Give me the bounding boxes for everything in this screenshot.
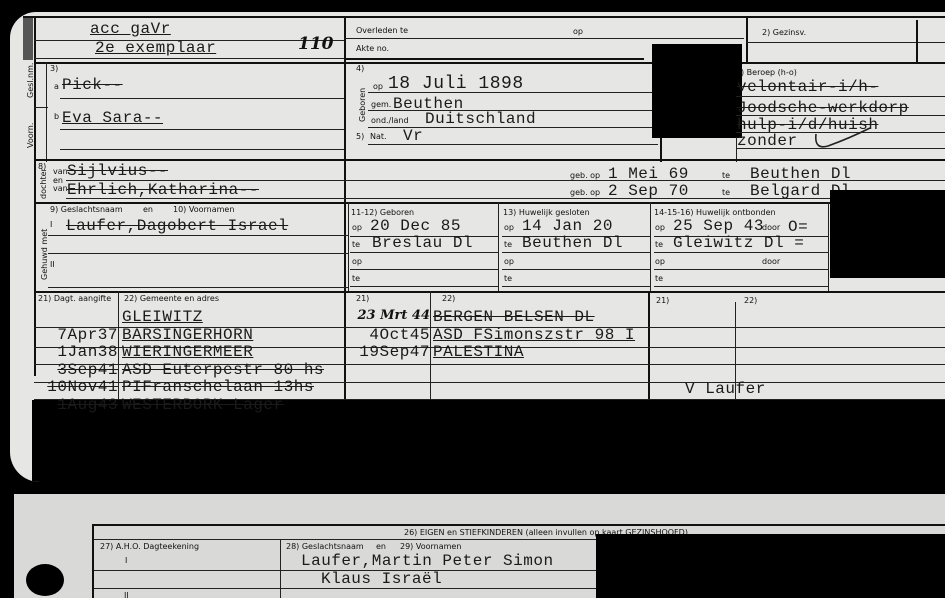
divider: [48, 235, 348, 236]
birth-side-label: Geboren: [358, 88, 367, 122]
spouse-en-header: en: [143, 205, 153, 214]
given-name-side-label: Voorn.: [26, 123, 35, 148]
column-divider: [348, 202, 349, 292]
birth-op-label: op: [373, 82, 383, 91]
section-number: 3): [50, 64, 58, 73]
child-name-header: 28) Geslachtsnaam: [286, 542, 364, 551]
occupation-line-1: velontair-i/h-: [737, 78, 878, 96]
child-en-header: en: [376, 542, 386, 551]
married-op-label: op: [504, 223, 514, 232]
divider: [350, 269, 498, 270]
column-divider: [430, 291, 431, 411]
address-date: 4Oct45: [369, 326, 430, 344]
divider: [344, 58, 644, 60]
handwritten-check-mark: [810, 124, 880, 156]
marriage-date: 14 Jan 20: [522, 217, 613, 235]
top-border: [92, 524, 945, 526]
address-place: BERGEN BELSEN DL: [433, 308, 595, 326]
dissolved-header: 14-15-16) Huwelijk ontbonden: [654, 208, 776, 217]
mother-te-label: te: [722, 188, 730, 197]
divider: [34, 62, 945, 64]
divider: [48, 253, 348, 254]
address-place-header-2: 22): [442, 294, 455, 303]
top-border: [23, 16, 945, 18]
marker-ii: II: [50, 260, 55, 269]
dissolved2-te-label: te: [655, 274, 663, 283]
spouse1-op-label: op: [352, 223, 362, 232]
divider: [368, 92, 658, 93]
dissolved-place: Gleiwitz Dl =: [673, 234, 804, 252]
surname-side-label: Gesl.nm.: [26, 63, 35, 98]
father-geb-op-label: geb. op: [570, 171, 600, 180]
surname-value: Pick--: [62, 76, 123, 94]
marker-b: b: [54, 112, 59, 121]
divider: [368, 144, 658, 145]
gem-label: gem.: [371, 100, 391, 109]
divider: [46, 62, 47, 162]
father-te-label: te: [722, 171, 730, 180]
address-date: 1Jan38: [57, 343, 118, 361]
marker-i: I: [50, 220, 52, 229]
divider: [60, 98, 344, 99]
redaction-block: [830, 190, 945, 278]
father-birth-date: 1 Mei 69: [608, 165, 689, 183]
punch-hole: [26, 564, 64, 596]
header-line1: acc gaVr: [90, 20, 171, 38]
dissolved-date: 25 Sep 43: [673, 217, 764, 235]
column-divider: [916, 20, 918, 62]
divider: [654, 252, 828, 253]
married2-op-label: op: [504, 257, 514, 266]
father-name: Sijlvius--: [67, 162, 168, 180]
divider: [502, 252, 650, 253]
spouse2-te-label: te: [352, 274, 360, 283]
divider: [60, 149, 344, 150]
divider: [34, 107, 48, 108]
divider: [350, 252, 498, 253]
address-date: 3Sep41: [57, 361, 118, 379]
address-date: 19Sep47: [359, 343, 430, 361]
address-place: ASD Euterpestr 80 hs: [122, 361, 324, 379]
spouse-given-header: 10) Voornamen: [173, 205, 234, 214]
address-date-header: 21) Dagt. aangifte: [38, 294, 111, 303]
child1-name-line2: Klaus Israël: [321, 570, 442, 588]
address-place: PIFranschelaan 13hs: [122, 378, 314, 396]
address-place: WESTERBORK Lager: [122, 396, 284, 414]
spouse1-te-label: te: [352, 240, 360, 249]
address-place-header: 22) Gemeente en adres: [124, 294, 219, 303]
divider: [34, 159, 945, 161]
van-label-2: van: [53, 184, 68, 193]
column-divider: [648, 291, 650, 411]
aho-header: 27) A.H.O. Dagteekening: [100, 542, 199, 551]
divider: [34, 291, 945, 293]
card-edge-strip: [23, 18, 33, 60]
overleden-op-label: op: [573, 27, 583, 36]
address-note: V Laufer: [685, 380, 766, 398]
married-te-label: te: [504, 240, 512, 249]
redaction-block: [596, 534, 945, 598]
akte-label: Akte no.: [356, 44, 389, 53]
mother-birth-date: 2 Sep 70: [608, 182, 689, 200]
handwritten-number: 110: [298, 34, 334, 54]
gezinsv-label: 2) Gezinsv.: [762, 28, 806, 37]
address-date-header-3: 21): [656, 296, 669, 305]
column-divider: [650, 202, 651, 292]
redaction-block: [652, 44, 742, 138]
divider: [502, 286, 650, 287]
given-names-value: Eva Sara--: [62, 109, 163, 127]
address-place: WIERINGERMEER: [122, 343, 253, 361]
birth-date: 18 Juli 1898: [388, 74, 524, 94]
column-divider: [344, 291, 346, 411]
divider: [48, 287, 348, 288]
column-divider: [280, 539, 281, 598]
spouse1-name: Laufer,Dagobert Israel: [66, 217, 288, 235]
divider: [654, 286, 828, 287]
children-card: 26) EIGEN en STIEFKINDEREN (alleen invul…: [14, 494, 945, 598]
header-line2: 2e exemplaar: [95, 39, 216, 57]
birth-number: 4): [356, 64, 364, 73]
spouse2-op-label: op: [352, 257, 362, 266]
child1-name-line1: Laufer,Martin Peter Simon: [301, 552, 554, 570]
birth-country: Duitschland: [425, 110, 536, 128]
van-label-1: van: [53, 167, 68, 176]
marriage-side-label: Gehuwd met: [40, 229, 49, 280]
parents-side-label: dochter: [39, 168, 48, 199]
address-place: GLEIWITZ: [122, 308, 203, 326]
dissolved-op-label: op: [655, 223, 665, 232]
divider: [344, 38, 744, 39]
father-birth-place: Beuthen Dl: [750, 165, 851, 183]
marriage-place: Beuthen Dl: [522, 234, 623, 252]
marker-a: a: [54, 82, 59, 91]
address-date: 1Aug43: [57, 396, 118, 414]
land-label: ond./land: [371, 116, 409, 125]
married2-te-label: te: [504, 274, 512, 283]
divider: [736, 96, 945, 97]
registration-card: acc gaVr 2e exemplaar 110 Overleden te o…: [10, 12, 945, 482]
divider: [654, 269, 828, 270]
dissolved2-op-label: op: [655, 257, 665, 266]
column-divider: [498, 202, 499, 292]
dissolved2-door-label: door: [762, 257, 780, 266]
mother-geb-op-label: geb. op: [570, 188, 600, 197]
divider: [350, 286, 498, 287]
nat-label: Nat.: [370, 132, 387, 141]
born-header: 11-12) Geboren: [351, 208, 414, 217]
address-date: 10Nov41: [47, 378, 118, 396]
spouse1-birth-place: Breslau Dl: [372, 234, 473, 252]
column-divider: [746, 16, 748, 64]
address-date-header-2: 21): [356, 294, 369, 303]
married-header: 13) Huwelijk gesloten: [503, 208, 590, 217]
address-place: BARSINGERHORN: [122, 326, 253, 344]
address-date: 23 Mrt 44: [358, 308, 430, 323]
address-date: 7Apr37: [57, 326, 118, 344]
column-divider: [828, 202, 829, 292]
address-place-header-3: 22): [744, 296, 757, 305]
overleden-label: Overleden te: [356, 26, 408, 35]
child-marker-i: I: [125, 556, 127, 565]
occupation-label: ) Beroep (h-o): [741, 68, 797, 77]
divider: [60, 129, 344, 130]
child-given-header: 29) Voornamen: [400, 542, 461, 551]
nat-number: 5): [356, 132, 364, 141]
divider: [34, 58, 344, 59]
spouse1-birth-date: 20 Dec 85: [370, 217, 461, 235]
column-divider: [118, 291, 119, 411]
spouse-name-header: 9) Geslachtsnaam: [50, 205, 123, 214]
divider: [34, 202, 945, 204]
address-place: ASD FSimonszstr 98 I: [433, 326, 635, 344]
address-place: PALESTINA: [433, 343, 524, 361]
dissolved-te-label: te: [655, 240, 663, 249]
left-border: [92, 524, 94, 598]
child-marker-ii: II: [124, 591, 129, 598]
dissolved-door-label: door: [762, 223, 780, 232]
divider: [502, 269, 650, 270]
mother-name: Ehrlich,Katharina--: [67, 181, 259, 199]
nationality: Vr: [403, 127, 423, 145]
